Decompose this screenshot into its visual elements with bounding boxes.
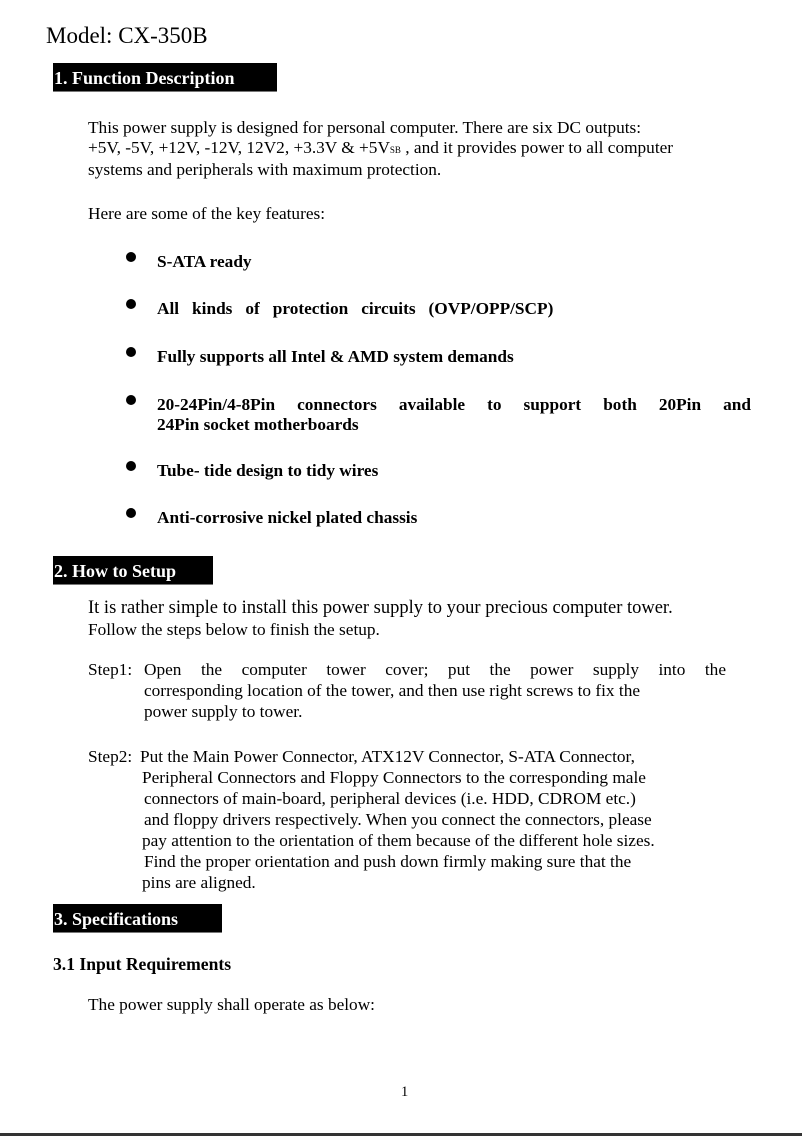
step-line: Peripheral Connectors and Floppy Connect… <box>140 767 726 788</box>
feature-line: 20-24Pin/4-8Pin connectors available to … <box>157 395 751 415</box>
intro-line: systems and peripherals with maximum pro… <box>88 160 778 180</box>
intro-line: +5V, -5V, +12V, -12V, 12V2, +3.3V & +5VS… <box>88 138 778 160</box>
feature-item: Tube- tide design to tidy wires <box>157 461 378 481</box>
bullet-icon <box>126 252 136 262</box>
setup-intro-paragraph: It is rather simple to install this powe… <box>88 598 788 640</box>
bullet-icon <box>126 508 136 518</box>
feature-item: Anti-corrosive nickel plated chassis <box>157 508 417 528</box>
step-body: Put the Main Power Connector, ATX12V Con… <box>140 746 726 893</box>
function-intro-paragraph: This power supply is designed for person… <box>88 118 778 180</box>
specs-intro-text: The power supply shall operate as below: <box>88 994 375 1016</box>
step-line: Put the Main Power Connector, ATX12V Con… <box>140 746 726 767</box>
bullet-icon <box>126 347 136 357</box>
voltages-text: +5V, -5V, +12V, -12V, 12V2, +3.3V & +5V <box>88 138 390 157</box>
step-line: Open the computer tower cover; put the p… <box>144 659 726 680</box>
feature-line: 24Pin socket motherboards <box>157 415 751 435</box>
step-label: Step1: <box>88 659 132 680</box>
bullet-icon <box>126 461 136 471</box>
step-line: connectors of main-board, peripheral dev… <box>140 788 726 809</box>
features-intro: Here are some of the key features: <box>88 204 325 224</box>
step-line: corresponding location of the tower, and… <box>144 680 730 701</box>
setup-intro-line: It is rather simple to install this powe… <box>88 598 788 619</box>
feature-item: All kinds of protection circuits (OVP/OP… <box>157 299 553 319</box>
intro-line-tail: , and it provides power to all computer <box>401 138 673 157</box>
section-heading-specifications: 3. Specifications <box>53 904 222 933</box>
section-heading-how-to-setup: 2. How to Setup <box>53 556 213 585</box>
step-line: power supply to tower. <box>144 701 730 722</box>
setup-intro-line: Follow the steps below to finish the set… <box>88 619 788 640</box>
step-line: and floppy drivers respectively. When yo… <box>140 809 726 830</box>
step-label: Step2: <box>88 746 132 767</box>
page-number: 1 <box>401 1083 408 1101</box>
step-body: corresponding location of the tower, and… <box>144 680 730 722</box>
feature-item: 20-24Pin/4-8Pin connectors available to … <box>157 395 751 435</box>
intro-line: This power supply is designed for person… <box>88 118 778 138</box>
feature-item: Fully supports all Intel & AMD system de… <box>157 347 514 367</box>
bullet-icon <box>126 299 136 309</box>
feature-item: S-ATA ready <box>157 252 252 272</box>
step-line: pins are aligned. <box>140 872 726 893</box>
subsection-heading-input-requirements: 3.1 Input Requirements <box>53 953 231 975</box>
step-line: pay attention to the orientation of them… <box>140 830 726 851</box>
standby-subscript: SB <box>390 145 401 155</box>
bullet-icon <box>126 395 136 405</box>
section-heading-function-description: 1. Function Description <box>53 63 277 92</box>
model-title: Model: CX-350B <box>46 22 208 50</box>
step-line: Find the proper orientation and push dow… <box>140 851 726 872</box>
